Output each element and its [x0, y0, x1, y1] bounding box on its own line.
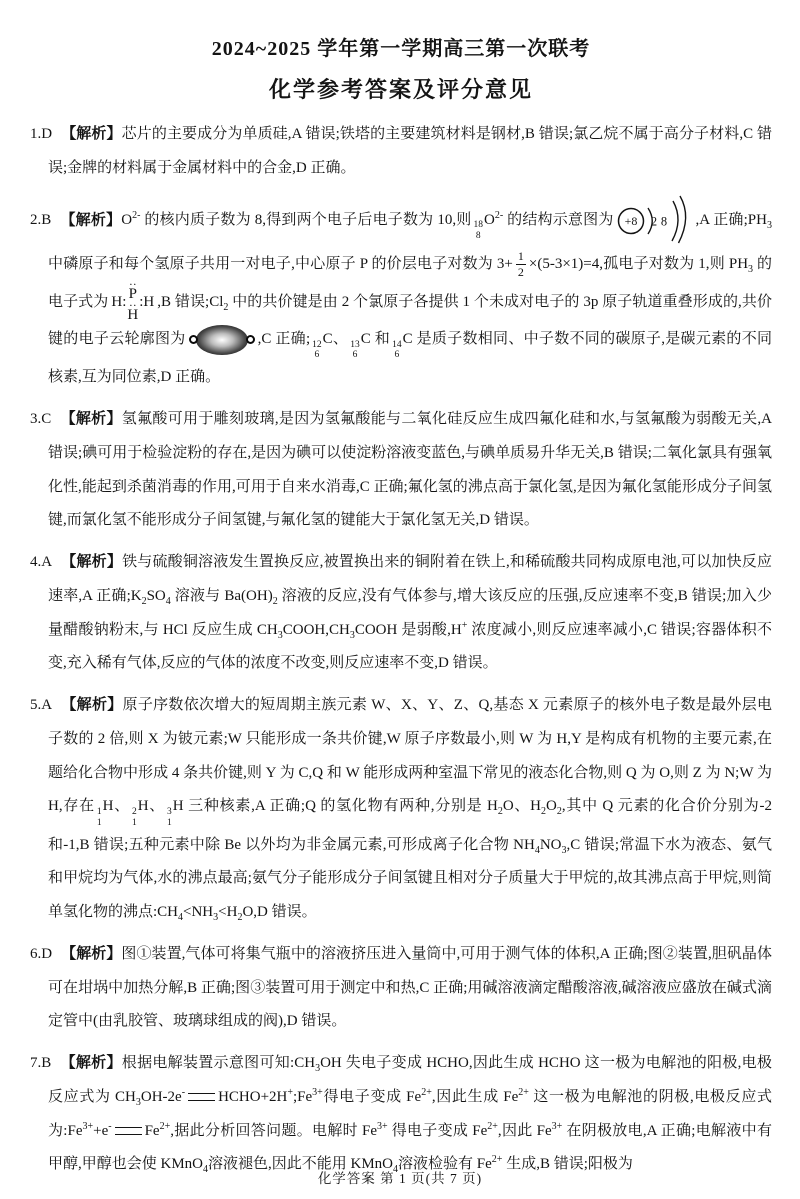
chem-subscript: 2 [237, 912, 242, 923]
chem-subscript: 3 [278, 630, 283, 641]
atomic-number: 6 [312, 350, 322, 361]
atomic-number: 8 [473, 231, 483, 242]
chemical-equals-sign [188, 1093, 215, 1101]
analysis-text: 图①装置,气体可将集气瓶中的溶液挤压进入量筒中,可用于测气体的体积,A 正确;图… [48, 946, 772, 1030]
chem-subscript: 2 [142, 596, 147, 607]
answer-item: 5.A【解析】原子序数依次增大的短周期主族元素 W、X、Y、Z、Q,基态 X 元… [30, 689, 772, 930]
atomic-structure-diagram: +828 [615, 194, 695, 248]
chemical-equals-sign [115, 1127, 142, 1135]
chem-superscript: + [462, 620, 468, 631]
analysis-text: 根据电解装置示意图可知:CH3OH 失电子变成 HCHO,因此生成 HCHO 这… [48, 1055, 772, 1172]
nucleus-dot [189, 335, 198, 344]
question-number-and-answer: 6.D [30, 946, 52, 962]
mass-number: 12 [312, 340, 322, 351]
chem-subscript: 2 [498, 806, 503, 817]
chem-superscript: 2+ [487, 1121, 498, 1132]
chem-superscript: 3+ [82, 1121, 93, 1132]
chem-subscript: 3 [350, 630, 355, 641]
electron-dot-formula: H:··P··H:H [111, 281, 154, 323]
analysis-label: 【解析】 [61, 946, 121, 962]
nuclide-notation: 136 [350, 340, 360, 362]
analysis-text: 芯片的主要成分为单质硅,A 错误;铁塔的主要建筑材料是钢材,B 错误;氯乙烷不属… [48, 126, 772, 176]
atomic-number: 6 [350, 350, 360, 361]
chem-subscript: 3 [315, 1063, 320, 1074]
bond-dots: : [122, 295, 126, 310]
answer-list: 1.D【解析】芯片的主要成分为单质硅,A 错误;铁塔的主要建筑材料是钢材,B 错… [30, 118, 772, 1182]
analysis-label: 【解析】 [60, 1055, 122, 1071]
answer-item: 3.C【解析】氢氟酸可用于雕刻玻璃,是因为氢氟酸能与二氧化硅反应生成四氟化硅和水… [30, 403, 772, 538]
cloud-ellipse [196, 325, 248, 355]
chem-superscript: 2+ [421, 1087, 432, 1098]
page-footer: 化学答案 第 1 页(共 7 页) [0, 1167, 800, 1187]
question-number-and-answer: 5.A [30, 697, 52, 713]
analysis-text: 原子序数依次增大的短周期主族元素 W、X、Y、Z、Q,基态 X 元素原子的核外电… [48, 697, 772, 920]
chem-superscript: 2+ [492, 1154, 503, 1165]
nuclide-notation: 31 [167, 807, 172, 829]
chem-superscript: 3+ [312, 1087, 323, 1098]
atomic-number: 1 [132, 818, 137, 829]
question-number-and-answer: 1.D [30, 126, 52, 142]
question-number-and-answer: 7.B [30, 1055, 51, 1071]
chem-subscript: 3 [136, 1097, 141, 1108]
chem-subscript: 2 [541, 806, 546, 817]
chem-subscript: 4 [178, 912, 183, 923]
question-number-and-answer: 2.B [30, 212, 51, 228]
analysis-label: 【解析】 [61, 697, 122, 713]
atomic-number: 1 [167, 818, 172, 829]
analysis-text: O2- 的核内质子数为 8,得到两个电子后电子数为 10,则188O2- 的结构… [48, 212, 772, 385]
answer-item: 1.D【解析】芯片的主要成分为单质硅,A 错误;铁塔的主要建筑材料是钢材,B 错… [30, 118, 772, 186]
central-atom-stack: ··P··H [127, 281, 138, 323]
lewis-left-h: H [111, 295, 122, 310]
chem-superscript: - [182, 1087, 185, 1098]
chem-subscript: 3 [213, 912, 218, 923]
numerator: 1 [516, 249, 526, 264]
chem-subscript: 4 [535, 845, 540, 856]
chem-subscript: 2 [223, 302, 228, 313]
analysis-label: 【解析】 [61, 126, 122, 142]
svg-text:8: 8 [660, 214, 666, 228]
atomic-number: 6 [392, 350, 402, 361]
nuclide-notation: 21 [132, 807, 137, 829]
nuclide-notation: 11 [97, 807, 102, 829]
chem-superscript: 3+ [552, 1121, 563, 1132]
chem-superscript: 2- [495, 210, 503, 221]
mass-number: 18 [473, 220, 483, 231]
mass-number: 2 [132, 807, 137, 818]
chem-superscript: 2+ [160, 1121, 171, 1132]
nucleus-dot [246, 335, 255, 344]
answer-item: 7.B【解析】根据电解装置示意图可知:CH3OH 失电子变成 HCHO,因此生成… [30, 1047, 772, 1182]
chem-subscript: 2 [273, 596, 278, 607]
analysis-label: 【解析】 [61, 554, 122, 570]
chem-subscript: 3 [748, 264, 753, 275]
svg-text:+8: +8 [624, 214, 637, 228]
analysis-label: 【解析】 [60, 411, 122, 427]
analysis-label: 【解析】 [60, 212, 121, 228]
chem-subscript: 3 [767, 220, 772, 231]
lewis-right-h: H [143, 295, 154, 310]
chem-subscript: 4 [166, 596, 171, 607]
question-number-and-answer: 4.A [30, 554, 52, 570]
mass-number: 14 [392, 340, 402, 351]
electron-cloud-diagram [189, 325, 255, 355]
nuclide-notation: 188 [473, 220, 483, 242]
page-subtitle: 化学参考答案及评分意见 [30, 73, 772, 104]
nuclide-notation: 126 [312, 340, 322, 362]
chem-subscript: 2 [557, 806, 562, 817]
mass-number: 1 [97, 807, 102, 818]
chem-superscript: - [108, 1121, 111, 1132]
answer-item: 6.D【解析】图①装置,气体可将集气瓶中的溶液挤压进入量筒中,可用于测气体的体积… [30, 938, 772, 1039]
atomic-number: 1 [97, 818, 102, 829]
bottom-h: H [127, 308, 138, 323]
denominator: 2 [516, 265, 526, 279]
answer-item: 4.A【解析】铁与硫酸铜溶液发生置换反应,被置换出来的铜附着在铁上,和稀硫酸共同… [30, 546, 772, 681]
nuclide-notation: 146 [392, 340, 402, 362]
mass-number: 13 [350, 340, 360, 351]
question-number-and-answer: 3.C [30, 411, 51, 427]
analysis-text: 铁与硫酸铜溶液发生置换反应,被置换出来的铜附着在铁上,和稀硫酸共同构成原电池,可… [48, 554, 772, 671]
chem-superscript: + [287, 1087, 293, 1098]
answer-item: 2.B【解析】O2- 的核内质子数为 8,得到两个电子后电子数为 10,则188… [30, 194, 772, 396]
exam-answer-page: 2024~2025 学年第一学期高三第一次联考 化学参考答案及评分意见 1.D【… [0, 0, 800, 1199]
fraction: 12 [516, 249, 526, 279]
chem-superscript: 2+ [518, 1087, 529, 1098]
page-title: 2024~2025 学年第一学期高三第一次联考 [30, 32, 772, 61]
chem-superscript: 3+ [377, 1121, 388, 1132]
mass-number: 3 [167, 807, 172, 818]
svg-text:2: 2 [650, 214, 656, 228]
analysis-text: 氢氟酸可用于雕刻玻璃,是因为氢氟酸能与二氧化硅反应生成四氟化硅和水,与氢氟酸为弱… [48, 411, 772, 528]
chem-subscript: 3 [562, 845, 567, 856]
chem-superscript: 2- [132, 210, 140, 221]
